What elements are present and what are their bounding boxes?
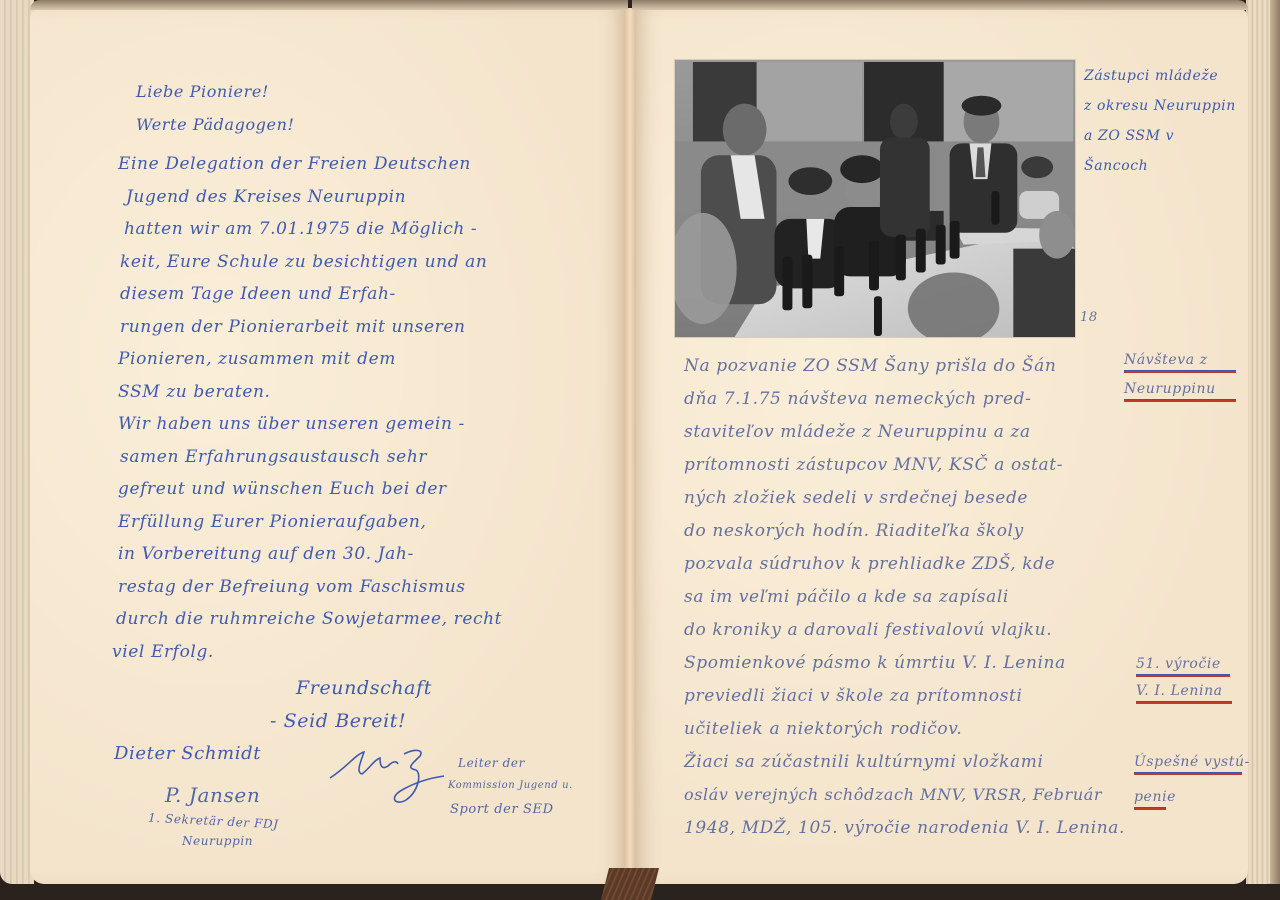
letter-line: keit, Eure Schule zu besichtigen und an — [120, 246, 502, 279]
chronicle-body: Na pozvanie ZO SSM Šany prišla do Šán dň… — [684, 350, 1125, 845]
margin-note: Úspešné vystú- penie — [1134, 754, 1242, 810]
chronicle-line: osláv verejných schôdzach MNV, VRSR, Feb… — [684, 779, 1125, 812]
signature-title: Neuruppin — [182, 834, 253, 848]
letter-line: Pionieren, zusammen mit dem — [118, 343, 502, 376]
chronicle-line: 1948, MDŽ, 105. výročie narodenia V. I. … — [684, 812, 1125, 845]
signature-title: Leiter der — [458, 756, 525, 770]
signature-p-jansen: P. Jansen — [165, 783, 260, 807]
chronicle-line: staviteľov mládeže z Neuruppinu a za — [684, 416, 1125, 449]
photo-image — [675, 60, 1075, 337]
open-book: Liebe Pioniere! Werte Pädagogen! Eine De… — [0, 0, 1280, 900]
letter-line: durch die ruhmreiche Sowjetarmee, recht — [116, 603, 502, 636]
letter-line: gefreut und wünschen Euch bei der — [118, 473, 502, 506]
letter-line: in Vorbereitung auf den 30. Jah- — [118, 538, 502, 571]
margin-note-line: penie — [1134, 789, 1166, 810]
letter-salutation: Liebe Pioniere! Werte Pädagogen! — [136, 76, 295, 141]
signature-scribble — [326, 744, 446, 810]
closing-line: - Seid Bereit! — [270, 705, 432, 738]
right-top-edge — [632, 0, 1248, 10]
letter-line: hatten wir am 7.01.1975 die Möglich - — [124, 213, 502, 246]
photo-caption: Zástupci mládeže z okresu Neuruppin a ZO… — [1084, 60, 1236, 180]
margin-note-line: V. I. Lenina — [1136, 683, 1232, 704]
margin-note-line: Úspešné vystú- — [1134, 754, 1242, 775]
margin-note: 51. výročie V. I. Lenina — [1136, 656, 1232, 704]
letter-line: SSM zu beraten. — [118, 376, 502, 409]
letter-line: Wir haben uns über unseren gemein - — [118, 408, 502, 441]
left-top-edge — [30, 0, 628, 10]
chronicle-line: učiteliek a niektorých rodičov. — [684, 713, 1125, 746]
right-page-stack-edge — [1246, 0, 1280, 884]
chronicle-line: dňa 7.1.75 návšteva nemeckých pred- — [684, 383, 1125, 416]
chronicle-line: pozvala súdruhov k prehliadke ZDŠ, kde — [684, 548, 1125, 581]
chronicle-line: ných zložiek sedeli v srdečnej besede — [684, 482, 1125, 515]
chronicle-line: Na pozvanie ZO SSM Šany prišla do Šán — [684, 350, 1125, 383]
chronicle-line: do kroniky a darovali festivalovú vlajku… — [684, 614, 1125, 647]
letter-line: viel Erfolg. — [112, 636, 502, 669]
caption-line: z okresu Neuruppin — [1084, 90, 1236, 120]
caption-line: a ZO SSM v — [1084, 120, 1236, 150]
letter-line: rungen der Pionierarbeit mit unseren — [120, 311, 502, 344]
chronicle-line: Žiaci sa zúčastnili kultúrnymi vložkami — [684, 746, 1125, 779]
chronicle-line: previedli žiaci v škole za prítomnosti — [684, 680, 1125, 713]
chronicle-line: sa im veľmi páčilo a kde sa zapísali — [684, 581, 1125, 614]
caption-line: Zástupci mládeže — [1084, 60, 1236, 90]
caption-line: Šancoch — [1084, 150, 1236, 180]
signature-dieter-schmidt: Dieter Schmidt — [114, 743, 261, 764]
letter-line: Eine Delegation der Freien Deutschen — [118, 148, 502, 181]
margin-note-line: Neuruppinu — [1124, 381, 1236, 402]
margin-note-line: 51. výročie — [1136, 656, 1230, 677]
margin-note-line: Návšteva z — [1124, 352, 1236, 373]
chronicle-line: Spomienkové pásmo k úmrtiu V. I. Lenina — [684, 647, 1125, 680]
signature-title: Kommission Jugend u. — [448, 780, 573, 791]
banquet-photograph — [674, 59, 1076, 338]
letter-line: Jugend des Kreises Neuruppin — [126, 181, 502, 214]
left-page-stack-edge — [0, 0, 34, 884]
salutation-line: Liebe Pioniere! — [136, 76, 295, 109]
margin-note: Návšteva z Neuruppinu — [1124, 352, 1236, 402]
signature-title: Sport der SED — [450, 802, 554, 817]
photo-number: 18 — [1080, 310, 1098, 325]
book-gutter — [624, 8, 636, 884]
chronicle-line: prítomnosti zástupcov MNV, KSČ a ostat- — [684, 449, 1125, 482]
ribbon-bookmark[interactable] — [601, 868, 659, 900]
letter-body: Eine Delegation der Freien Deutschen Jug… — [118, 148, 502, 668]
closing-line: Freundschaft — [296, 672, 432, 705]
chronicle-line: do neskorých hodín. Riaditeľka školy — [684, 515, 1125, 548]
letter-line: diesem Tage Ideen und Erfah- — [120, 278, 502, 311]
letter-closing: Freundschaft - Seid Bereit! — [296, 672, 432, 737]
letter-line: restag der Befreiung vom Faschismus — [118, 571, 502, 604]
letter-line: Erfüllung Eurer Pionieraufgaben, — [118, 506, 502, 539]
salutation-line: Werte Pädagogen! — [136, 109, 295, 142]
letter-line: samen Erfahrungsaustausch sehr — [120, 441, 502, 474]
